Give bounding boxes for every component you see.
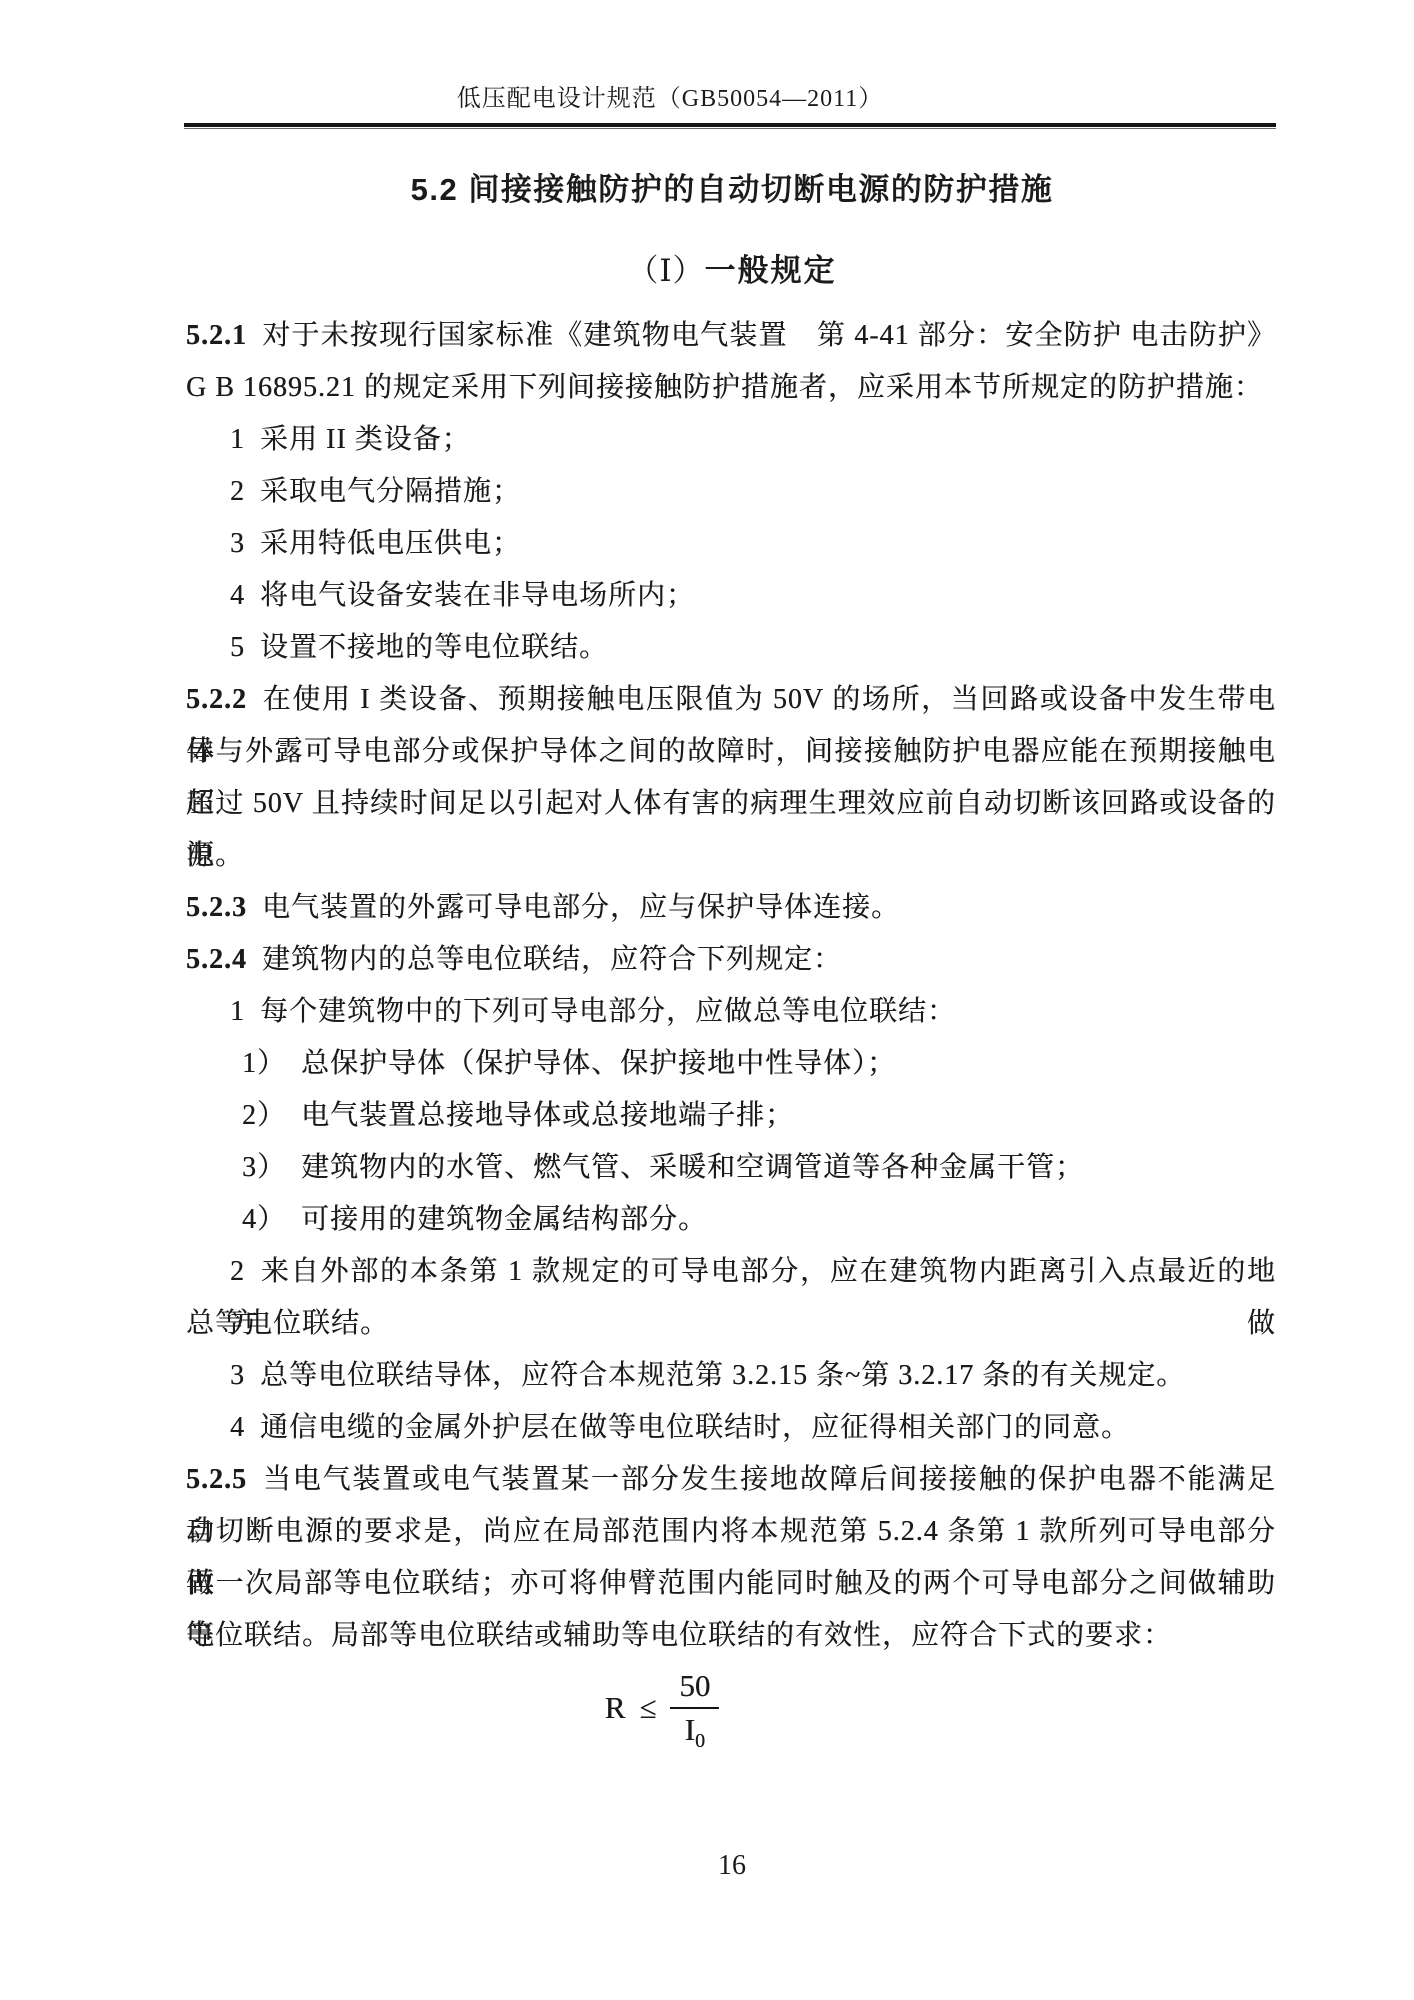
line-label: 3 [230, 528, 245, 559]
text-line: 动切断电源的要求是，尚应在局部范围内将本规范第 5.2.4 条第 1 款所列可导… [186, 1506, 1276, 1558]
line-text: 采取电气分隔措施； [260, 476, 521, 507]
text-line: 4将电气设备安装在非导电场所内； [186, 570, 1276, 622]
subtitle: （Ⅰ）一般规定 [186, 245, 1278, 290]
line-text: 总保护导体（保护导体、保护接地中性导体）； [301, 1048, 896, 1079]
line-label: 5.2.3 [186, 892, 247, 923]
line-label: 4 [230, 580, 245, 611]
header-rule [184, 123, 1276, 127]
line-text: G B 16895.21 的规定采用下列间接接触防护措施者，应采用本节所规定的防… [186, 372, 1263, 403]
line-label: 1 [230, 424, 245, 455]
text-line: 源。 [186, 830, 1276, 882]
formula: R ≤ 50 I0 [116, 1668, 1208, 1748]
text-line: 5.2.5当电气装置或电气装置某一部分发生接地故障后间接接触的保护电器不能满足自 [186, 1454, 1276, 1506]
fraction: 50 I0 [670, 1668, 719, 1748]
text-line: 2采取电气分隔措施； [186, 466, 1276, 518]
text-line: 1采用 II 类设备； [186, 414, 1276, 466]
line-label: 5.2.1 [186, 320, 247, 351]
line-text: 采用 II 类设备； [260, 424, 471, 455]
text-line: 1每个建筑物中的下列可导电部分，应做总等电位联结： [186, 986, 1276, 1038]
line-text: 建筑物内的总等电位联结，应符合下列规定： [262, 944, 842, 975]
text-line: 体与外露可导电部分或保护导体之间的故障时，间接接触防护电器应能在预期接触电压 [186, 726, 1276, 778]
line-label: 3） [242, 1152, 286, 1183]
text-line: 1）总保护导体（保护导体、保护接地中性导体）； [186, 1038, 1276, 1090]
line-text: 电气装置总接地导体或总接地端子排； [301, 1100, 794, 1131]
text-line: 5.2.4建筑物内的总等电位联结，应符合下列规定： [186, 934, 1276, 986]
page-header: 低压配电设计规范（GB50054—2011） [124, 78, 1216, 113]
line-label: 2） [242, 1100, 286, 1131]
less-equal-sign: ≤ [639, 1690, 656, 1726]
line-text: 电气装置的外露可导电部分，应与保护导体连接。 [262, 892, 900, 923]
text-line: 做一次局部等电位联结；亦可将伸臂范围内能同时触及的两个可导电部分之间做辅助等 [186, 1558, 1276, 1610]
line-text: 总等电位联结导体，应符合本规范第 3.2.15 条~第 3.2.17 条的有关规… [260, 1360, 1185, 1391]
text-line: 5.2.3电气装置的外露可导电部分，应与保护导体连接。 [186, 882, 1276, 934]
line-text: 每个建筑物中的下列可导电部分，应做总等电位联结： [260, 996, 956, 1027]
line-text: 可接用的建筑物金属结构部分。 [301, 1204, 707, 1235]
line-label: 5 [230, 632, 245, 663]
text-line: 5设置不接地的等电位联结。 [186, 622, 1276, 674]
text-line: 超过 50V 且持续时间足以引起对人体有害的病理生理效应前自动切断该回路或设备的… [186, 778, 1276, 830]
line-label: 5.2.4 [186, 944, 247, 975]
text-line: 4通信电缆的金属外护层在做等电位联结时，应征得相关部门的同意。 [186, 1402, 1276, 1454]
line-label: 2 [230, 1256, 245, 1287]
denominator: I0 [685, 1709, 705, 1748]
text-line: 5.2.2在使用 I 类设备、预期接触电压限值为 50V 的场所，当回路或设备中… [186, 674, 1276, 726]
line-text: 源。 [186, 840, 244, 871]
line-label: 5.2.5 [186, 1464, 247, 1495]
text-line: 3）建筑物内的水管、燃气管、采暖和空调管道等各种金属干管； [186, 1142, 1276, 1194]
page-number: 16 [186, 1850, 1278, 1882]
line-label: 4 [230, 1412, 245, 1443]
line-label: 1 [230, 996, 245, 1027]
line-label: 2 [230, 476, 245, 507]
text-line: 3总等电位联结导体，应符合本规范第 3.2.15 条~第 3.2.17 条的有关… [186, 1350, 1276, 1402]
text-line: 2来自外部的本条第 1 款规定的可导电部分，应在建筑物内距离引入点最近的地方做 [186, 1246, 1276, 1298]
numerator: 50 [670, 1668, 719, 1709]
line-label: 3 [230, 1360, 245, 1391]
line-text: 通信电缆的金属外护层在做等电位联结时，应征得相关部门的同意。 [260, 1412, 1130, 1443]
line-label: 1） [242, 1048, 286, 1079]
text-line: 2）电气装置总接地导体或总接地端子排； [186, 1090, 1276, 1142]
text-line: 4）可接用的建筑物金属结构部分。 [186, 1194, 1276, 1246]
line-label: 5.2.2 [186, 684, 247, 715]
text-line: 3采用特低电压供电； [186, 518, 1276, 570]
text-line: 电位联结。局部等电位联结或辅助等电位联结的有效性，应符合下式的要求： [186, 1610, 1276, 1662]
document-page: 低压配电设计规范（GB50054—2011） 5.2 间接接触防护的自动切断电源… [0, 0, 1414, 2000]
subtitle-numeral: （Ⅰ） [627, 253, 704, 288]
text-line: G B 16895.21 的规定采用下列间接接触防护措施者，应采用本节所规定的防… [186, 362, 1276, 414]
subtitle-text: 一般规定 [705, 253, 837, 288]
line-text: 建筑物内的水管、燃气管、采暖和空调管道等各种金属干管； [301, 1152, 1084, 1183]
line-text: 采用特低电压供电； [260, 528, 521, 559]
line-text: 设置不接地的等电位联结。 [260, 632, 608, 663]
section-title: 5.2 间接接触防护的自动切断电源的防护措施 [186, 164, 1278, 209]
line-text: 对于未按现行国家标准《建筑物电气装置 第 4-41 部分：安全防护 电击防护》 [262, 320, 1276, 351]
text-line: 5.2.1对于未按现行国家标准《建筑物电气装置 第 4-41 部分：安全防护 电… [186, 310, 1276, 362]
body-lines: 5.2.1对于未按现行国家标准《建筑物电气装置 第 4-41 部分：安全防护 电… [186, 310, 1276, 1662]
line-text: 电位联结。局部等电位联结或辅助等电位联结的有效性，应符合下式的要求： [186, 1620, 1172, 1651]
formula-lhs: R [605, 1690, 626, 1726]
line-text: 将电气设备安装在非导电场所内； [260, 580, 695, 611]
line-label: 4） [242, 1204, 286, 1235]
line-text: 总等电位联结。 [186, 1308, 389, 1339]
